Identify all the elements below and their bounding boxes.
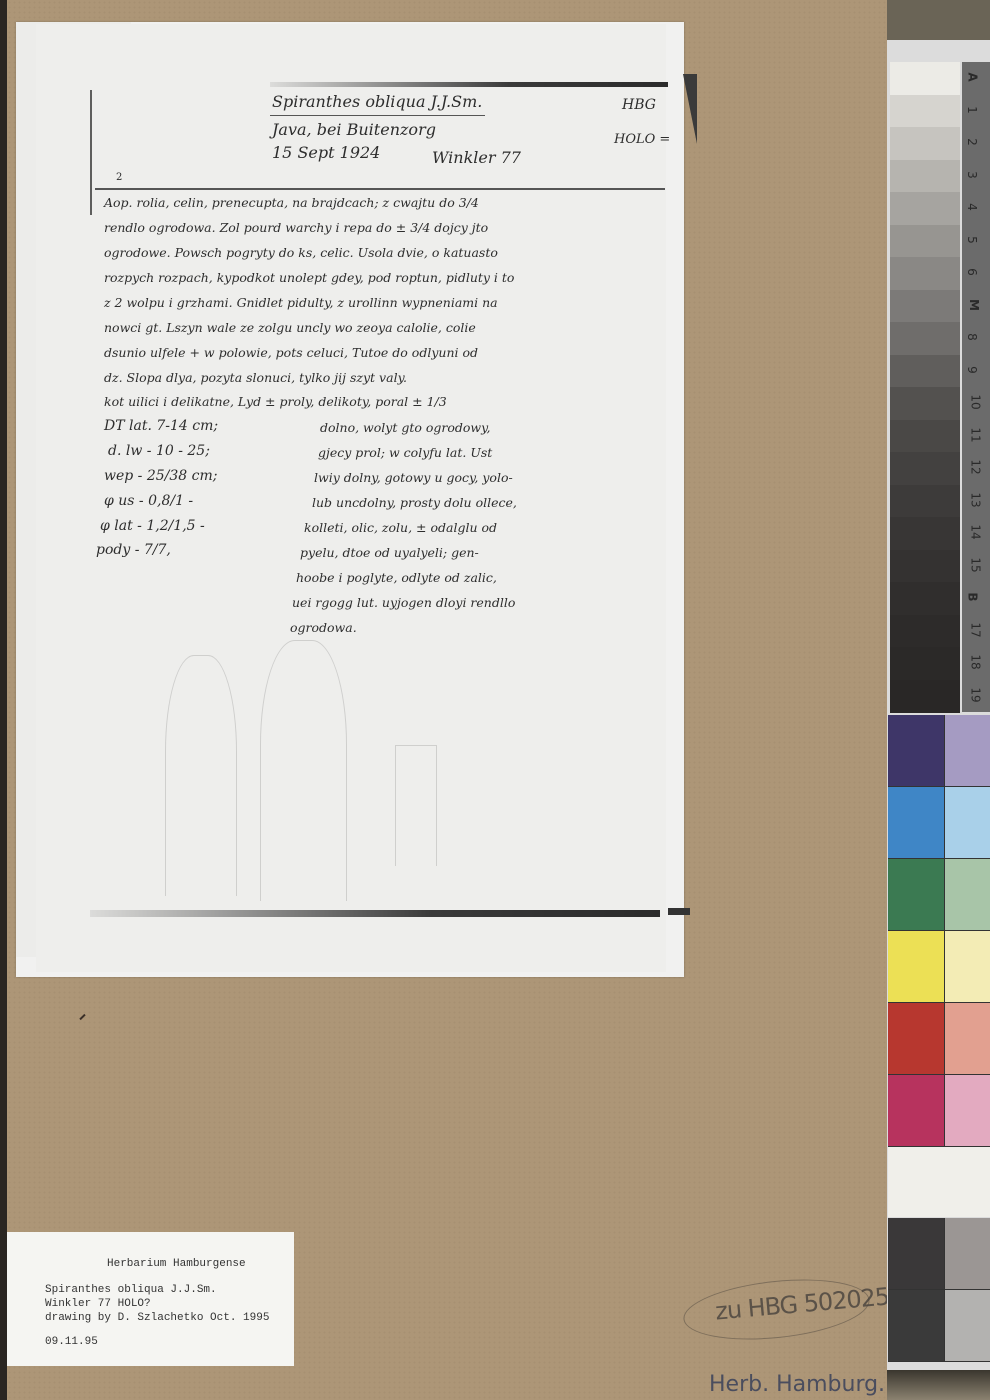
gray-scale-label: 5 — [965, 236, 979, 244]
scanner-edge — [0, 0, 7, 1400]
color-patch — [888, 859, 945, 931]
gray-patch — [890, 420, 960, 453]
herbarium-stamp: Herb. Hamburg. — [709, 1372, 885, 1397]
gray-patch — [890, 517, 960, 550]
gray-scale-label: 1 — [965, 106, 979, 114]
label-taxon: Spiranthes obliqua J.J.Sm. — [45, 1284, 217, 1296]
color-patch — [888, 1003, 945, 1075]
description-line: uei rgogg lut. uyjogen dloyi rendllo — [292, 595, 515, 610]
gray-patch — [890, 322, 960, 355]
description-line: kolleti, olic, zolu, ± odalglu od — [304, 520, 497, 535]
color-patch — [945, 859, 990, 931]
gray-patch — [890, 615, 960, 648]
description-line: ogrodowe. Powsch pogryty do ks, celic. U… — [104, 245, 498, 260]
chart-top-shadow — [887, 0, 990, 40]
gray-patch — [890, 95, 960, 128]
gray-patch — [890, 62, 960, 95]
gray-scale-label: 19 — [969, 687, 983, 702]
chart-bottom-shadow — [887, 1370, 990, 1400]
copy-mark-left — [90, 90, 92, 215]
herbarium-code: HBG — [622, 97, 656, 113]
type-status: HOLO = — [614, 132, 670, 147]
gray-scale-label: 18 — [969, 654, 983, 669]
gray-scale-label: 2 — [965, 138, 979, 146]
neutral-patch — [945, 1218, 990, 1290]
label-institution: Herbarium Hamburgense — [107, 1258, 246, 1270]
description-line: dsunio ulfele + w polowie, pots celuci, … — [104, 345, 478, 360]
gray-patch — [890, 290, 960, 323]
header-divider — [95, 188, 665, 190]
gray-scale-label: 12 — [969, 459, 983, 474]
copy-mark-top — [270, 82, 668, 87]
gray-patch — [890, 452, 960, 485]
description-line: dolno, wolyt gto ogrodowy, — [320, 420, 490, 435]
color-patch — [945, 1003, 990, 1075]
description-line: rendlo ogrodowa. Zol pourd warchy i repa… — [104, 220, 488, 235]
neutral-patch — [888, 1290, 945, 1362]
gray-scale-label: A — [966, 72, 980, 81]
color-patch — [945, 931, 990, 1003]
measurement-item: φ lat - 1,2/1,5 - — [100, 518, 205, 534]
measurement-item: DT lat. 7-14 cm; — [104, 418, 218, 434]
color-patch — [888, 787, 945, 859]
description-line: gjecy prol; w colyfu lat. Ust — [318, 445, 492, 460]
neutral-patch — [945, 1290, 990, 1362]
copy-mark-wedge — [683, 74, 697, 144]
color-patch — [888, 715, 945, 787]
gray-scale-label: 10 — [969, 394, 983, 409]
gray-scale-label: 8 — [965, 333, 979, 341]
page-number: 2 — [116, 172, 122, 183]
measurement-item: pody - 7/7, — [96, 542, 171, 558]
description-line: kot uilici i delikatne, Lyd ± proly, del… — [104, 394, 447, 409]
measurement-item: φ us - 0,8/1 - — [104, 493, 193, 509]
gray-patch — [890, 355, 960, 388]
description-line: pyelu, dtoe od uyalyeli; gen- — [300, 545, 479, 560]
gray-patch — [890, 127, 960, 160]
description-line: rozpych rozpach, kypodkot unolept gdey, … — [104, 270, 514, 285]
gray-scale-label: 6 — [965, 268, 979, 276]
measurement-item: wep - 25/38 cm; — [104, 468, 218, 484]
gray-scale-label: M — [967, 299, 981, 311]
pencil-sketch-petal — [165, 655, 237, 896]
gray-patch — [890, 647, 960, 680]
white-patch — [888, 1147, 990, 1217]
gray-patch — [890, 225, 960, 258]
description-line: Aop. rolia, celin, prenecupta, na brajdc… — [104, 195, 479, 210]
gray-scale-label: 9 — [965, 366, 979, 374]
gray-scale-label: 3 — [965, 171, 979, 179]
gray-scale-label: 15 — [969, 557, 983, 572]
color-patch — [945, 1075, 990, 1147]
gray-patch — [890, 160, 960, 193]
copy-mark-bottom-right — [668, 908, 690, 915]
gray-patch — [890, 192, 960, 225]
label-collector-status: Winkler 77 HOLO? — [45, 1298, 151, 1310]
species-title: Spiranthes obliqua J.J.Sm. — [272, 92, 482, 111]
gray-patch — [890, 680, 960, 713]
description-line: lub uncdolny, prosty dolu ollece, — [312, 495, 517, 510]
measurement-item: d. lw - 10 - 25; — [108, 443, 210, 459]
label-drawing-credit: drawing by D. Szlachetko Oct. 1995 — [45, 1312, 269, 1324]
description-line: lwiy dolny, gotowy u gocy, yolo- — [314, 470, 513, 485]
herbarium-label: Herbarium Hamburgense Spiranthes obliqua… — [7, 1232, 294, 1366]
locality: Java, bei Buitenzorg — [272, 120, 436, 139]
description-line: z 2 wolpu i grzhami. Gnidlet pidulty, z … — [104, 295, 498, 310]
gray-patch — [890, 257, 960, 290]
gray-scale-label: 13 — [969, 492, 983, 507]
title-underline — [270, 115, 485, 116]
gray-scale-label: B — [966, 592, 980, 601]
gray-scale-label: 17 — [969, 622, 983, 637]
description-line: nowci gt. Lszyn wale ze zolgu uncly wo z… — [104, 320, 476, 335]
color-patch — [945, 715, 990, 787]
color-patch — [888, 1075, 945, 1147]
pencil-sketch-lip — [260, 640, 347, 901]
gray-scale-label-strip: A123456M89101112131415B171819 — [962, 62, 990, 712]
neutral-patch — [888, 1218, 945, 1290]
collection-date: 15 Sept 1924 — [272, 143, 380, 162]
gray-scale-label: 4 — [965, 203, 979, 211]
gray-patch — [890, 582, 960, 615]
label-date: 09.11.95 — [45, 1336, 98, 1348]
gray-patch — [890, 550, 960, 583]
color-patch — [888, 931, 945, 1003]
description-line: ogrodowa. — [290, 620, 357, 635]
gray-scale-label: 11 — [969, 427, 983, 442]
description-line: hoobe i poglyte, odlyte od zalic, — [296, 570, 497, 585]
collector: Winkler 77 — [432, 148, 521, 167]
description-line: dz. Slopa dlya, pozyta slonuci, tylko ji… — [104, 370, 407, 385]
copy-mark-bottom — [90, 910, 660, 917]
gray-patch — [890, 485, 960, 518]
color-patch — [945, 787, 990, 859]
pencil-sketch-column — [395, 745, 437, 866]
gray-scale-label: 14 — [969, 524, 983, 539]
gray-patch — [890, 387, 960, 420]
